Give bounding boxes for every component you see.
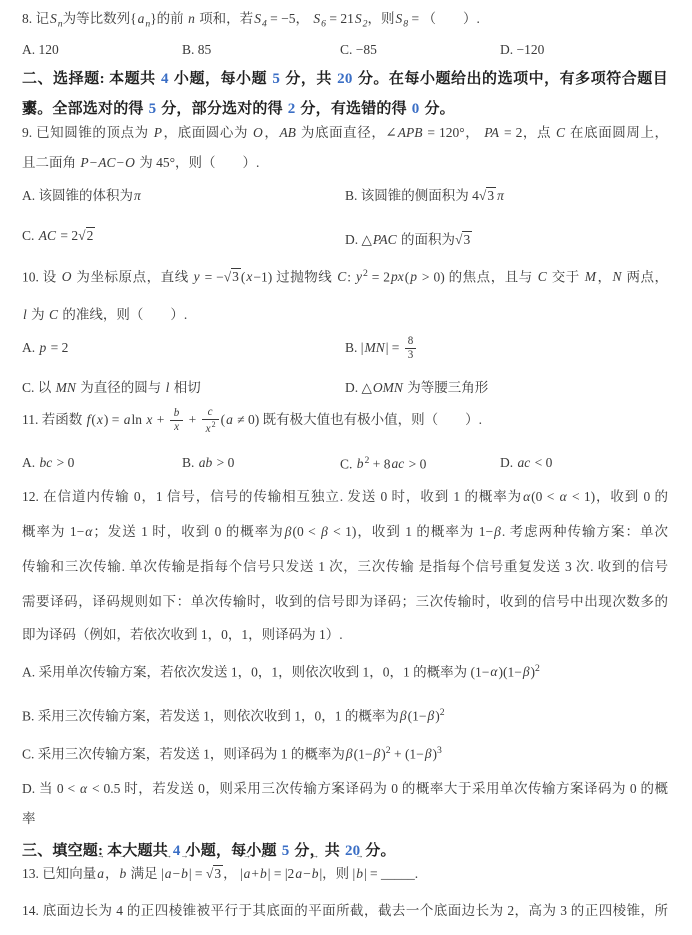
q9-option-d: D. △PAC 的面积为√3: [345, 228, 472, 248]
question-10-options-row1: A. p = 2 B. |MN| = 83: [22, 330, 668, 368]
q8-option-a: A. 120: [22, 42, 59, 58]
question-12-stem-line1: 12. 在信道内传输 0，1 信号，信号的传输相互独立. 发送 0 时，收到 1…: [22, 486, 668, 508]
q8-option-c: C. −85: [340, 42, 377, 58]
q11-option-c: C. b2 + 8ac > 0: [340, 455, 426, 472]
q12-option-d-line2: 率: [22, 804, 668, 834]
q10-option-d: D. △OMN 为等腰三角形: [345, 376, 488, 396]
q12-option-c: C. 采用三次传输方案，若发送 1，则译码为 1 的概率为β(1−β)2 + (…: [22, 740, 668, 765]
q11-option-a: A. bc > 0: [22, 455, 74, 471]
question-9-stem-line1: 9. 已知圆锥的顶点为 P，底面圆心为 O，AB 为底面直径，∠APB = 12…: [22, 122, 668, 144]
question-11-stem: 11. 若函数 f(x) = aln x + bx + cx2(a ≠ 0) 既…: [22, 398, 668, 442]
q11-option-d: D. ac < 0: [500, 455, 552, 471]
q10-option-c: C. 以 MN 为直径的圆与 l 相切: [22, 376, 201, 396]
question-12-stem-line4: 需要译码，译码规则如下：单次传输时，收到的信号即为译码；三次传输时，收到的信号中…: [22, 591, 668, 613]
exam-page: { "document": { "colors": { "background"…: [0, 0, 692, 935]
q8-option-b: B. 85: [182, 42, 211, 58]
question-10-stem-line1: 10. 设 O 为坐标原点，直线 y = −√3(x−1) 过抛物线 C: y2…: [22, 263, 668, 288]
question-8-stem: 8. 记Sn为等比数列{an}的前 n 项和，若S4 = −5， S6 = 21…: [22, 8, 668, 35]
question-9-options-row2: C. AC = 2√2 D. △PAC 的面积为√3: [22, 228, 668, 254]
q12-option-b: B. 采用三次传输方案，若发送 1，则依次收到 1，0，1 的概率为β(1−β)…: [22, 702, 668, 727]
q12-option-a: A. 采用单次传输方案，若依次发送 1，0，1，则依次收到 1，0，1 的概率为…: [22, 658, 668, 683]
q10-option-a: A. p = 2: [22, 330, 68, 366]
q12-option-d-line1: D. 当 0 < α < 0.5 时，若发送 0，则采用三次传输方案译码为 0 …: [22, 774, 668, 804]
question-14-stem: 14. 底面边长为 4 的正四棱锥被平行于其底面的平面所截，截去一个底面边长为 …: [22, 900, 668, 922]
q10-option-b: B. |MN| = 83: [345, 330, 418, 366]
q9-option-a: A. 该圆锥的体积为π: [22, 184, 142, 204]
question-9-stem-line2: 且二面角 P−AC−O 为 45°，则（ ）.: [22, 152, 668, 174]
question-13-stem: 13. 已知向量→a，→b 满足 |→a−→b| = √3， |→a+→b| =…: [22, 858, 668, 890]
section-2-header-line2: 求。全部选对的得 5 分，部分选对的得 2 分，有选错的得 0 分。: [22, 94, 668, 124]
q11-option-b: B. ab > 0: [182, 455, 234, 471]
q8-option-d: D. −120: [500, 42, 544, 58]
q9-option-b: B. 该圆锥的侧面积为 4√3π: [345, 184, 505, 204]
question-9-options-row1: A. 该圆锥的体积为π B. 该圆锥的侧面积为 4√3π: [22, 184, 668, 210]
question-12-stem-line5: 即为译码（例如，若依次收到 1，0，1，则译码为 1）.: [22, 624, 668, 646]
q9-option-c: C. AC = 2√2: [22, 228, 95, 244]
question-12-stem-line3: 传输和三次传输. 单次传输是指每个信号只发送 1 次，三次传输 是指每个信号重复…: [22, 556, 668, 578]
question-10-stem-line2: l 为 C 的准线，则（ ）.: [22, 304, 668, 326]
question-12-stem-line2: 概率为 1−α；发送 1 时，收到 0 的概率为β(0 < β < 1)，收到 …: [22, 521, 668, 543]
question-11-options: A. bc > 0 B. ab > 0 C. b2 + 8ac > 0 D. a…: [22, 455, 668, 481]
